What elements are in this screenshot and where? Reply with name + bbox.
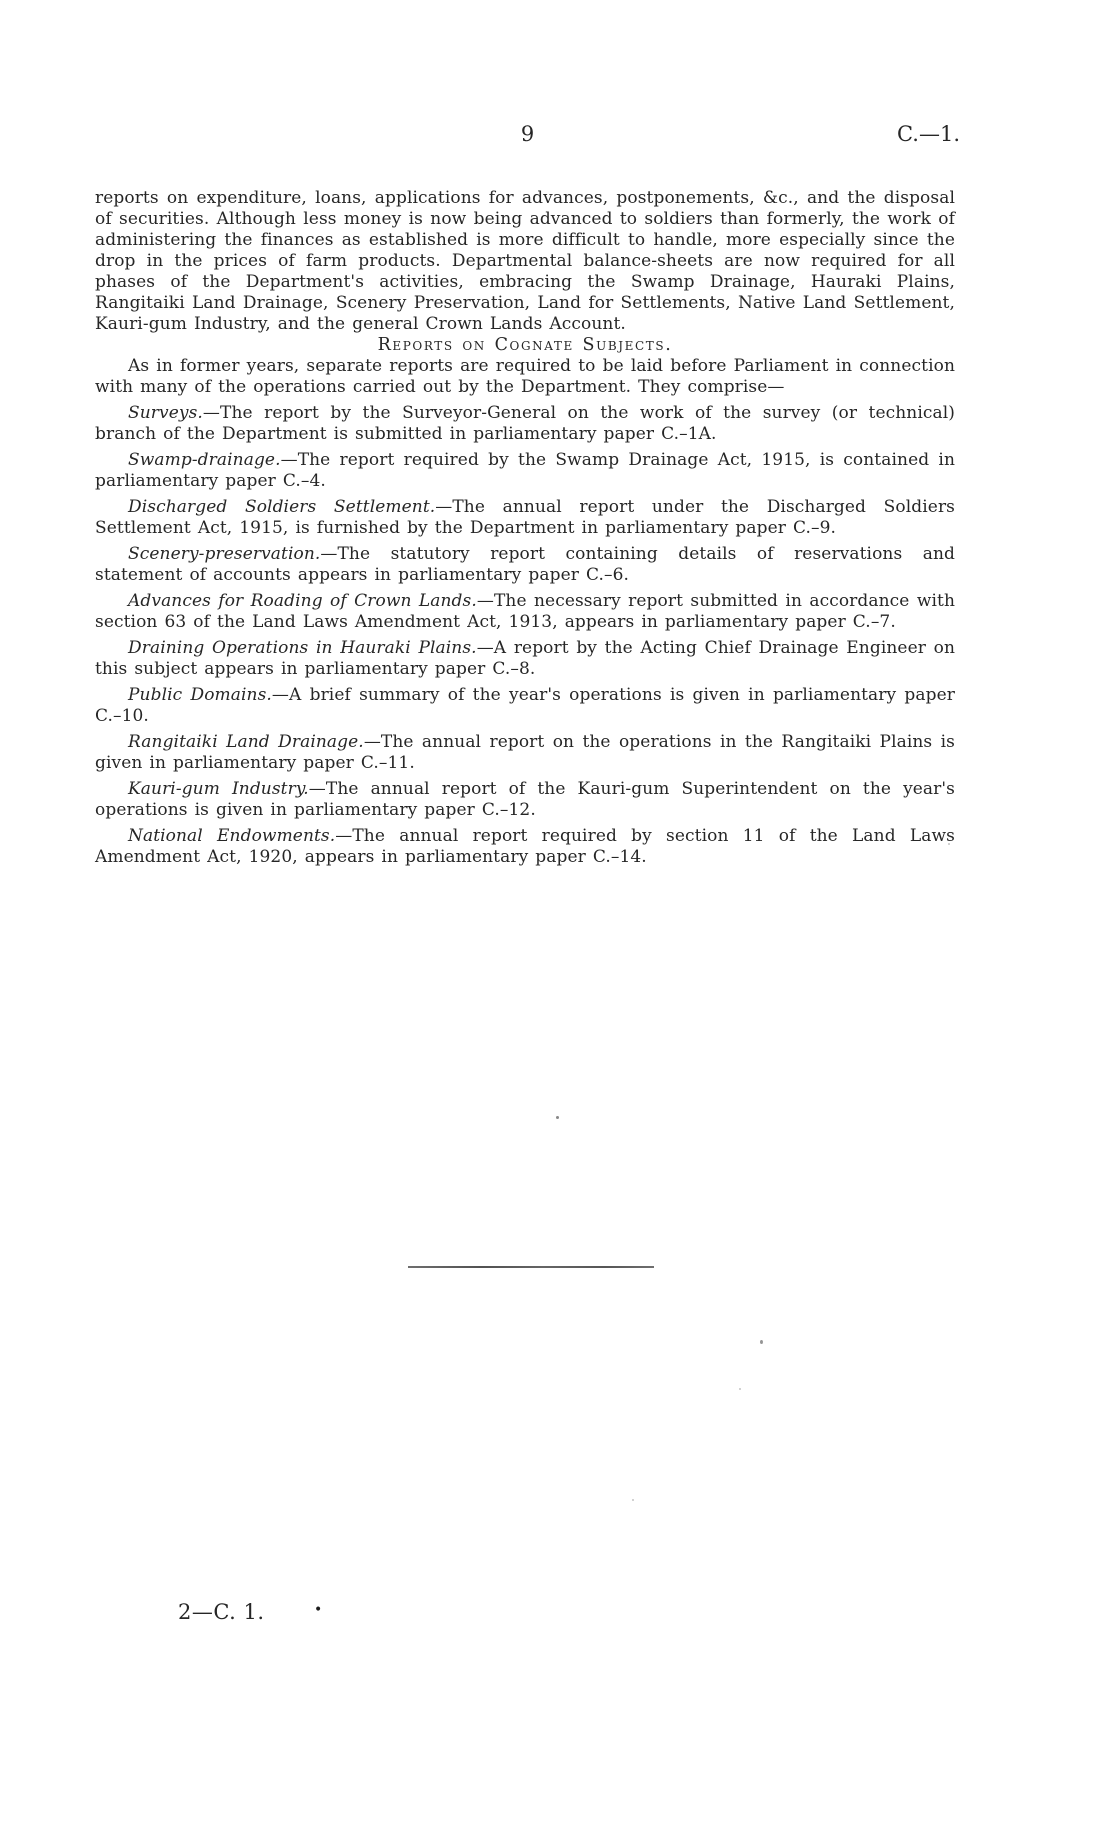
report-item: National Endowments.—The annual report r… bbox=[95, 826, 955, 868]
report-item-text: —The report by the Surveyor-General on t… bbox=[95, 403, 955, 444]
report-item-title: Public Domains. bbox=[128, 685, 272, 705]
report-item-title: National Endowments. bbox=[128, 826, 335, 846]
scan-speck bbox=[739, 1388, 741, 1390]
scanned-document-page: 9 C.—1. reports on expenditure, loans, a… bbox=[0, 0, 1114, 1841]
page-header: 9 C.—1. bbox=[95, 122, 960, 152]
intro-paragraph: reports on expenditure, loans, applicati… bbox=[95, 188, 955, 335]
lead-paragraph: As in former years, separate reports are… bbox=[95, 356, 955, 398]
report-item: Swamp-drainage.—The report required by t… bbox=[95, 450, 955, 492]
report-item-title: Advances for Roading of Crown Lands. bbox=[128, 591, 477, 611]
printer-imprint: 2—C. 1. bbox=[178, 1600, 265, 1624]
report-item-title: Swamp-drainage. bbox=[128, 450, 281, 470]
report-item: Draining Operations in Hauraki Plains.—A… bbox=[95, 638, 955, 680]
report-item: Discharged Soldiers Settlement.—The annu… bbox=[95, 497, 955, 539]
scan-speck bbox=[556, 1116, 559, 1119]
report-item: Kauri-gum Industry.—The annual report of… bbox=[95, 779, 955, 821]
scan-speck bbox=[760, 1340, 763, 1344]
report-item: Surveys.—The report by the Surveyor-Gene… bbox=[95, 403, 955, 445]
report-item-title: Scenery-preservation. bbox=[128, 544, 320, 564]
document-body: reports on expenditure, loans, applicati… bbox=[95, 188, 955, 868]
footer-dot-mark: • bbox=[314, 1602, 322, 1618]
report-item-title: Discharged Soldiers Settlement. bbox=[128, 497, 435, 517]
report-item: Scenery-preservation.—The statutory repo… bbox=[95, 544, 955, 586]
section-end-rule bbox=[408, 1266, 654, 1268]
page-number: 9 bbox=[95, 122, 960, 146]
report-item: Advances for Roading of Crown Lands.—The… bbox=[95, 591, 955, 633]
report-item: Rangitaiki Land Drainage.—The annual rep… bbox=[95, 732, 955, 774]
report-item-title: Surveys. bbox=[128, 403, 203, 423]
report-item-title: Draining Operations in Hauraki Plains. bbox=[128, 638, 477, 658]
scan-speck bbox=[632, 1499, 634, 1501]
report-item-title: Kauri-gum Industry. bbox=[128, 779, 309, 799]
report-item: Public Domains.—A brief summary of the y… bbox=[95, 685, 955, 727]
scan-speck bbox=[948, 843, 950, 845]
report-item-title: Rangitaiki Land Drainage. bbox=[128, 732, 364, 752]
section-heading: Reports on Cognate Subjects. bbox=[95, 335, 955, 356]
paper-reference: C.—1. bbox=[897, 122, 960, 146]
